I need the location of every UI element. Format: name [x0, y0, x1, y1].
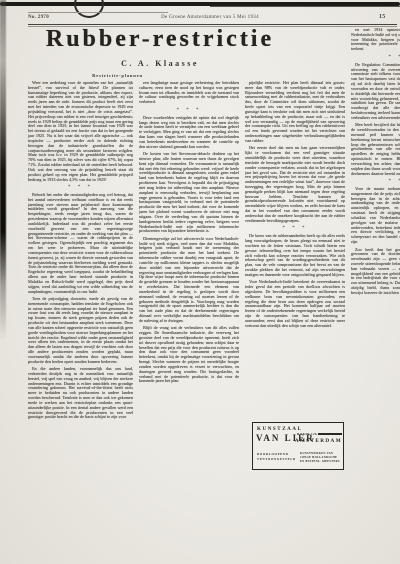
advert-address: ROKIN 126: [297, 432, 317, 436]
paragraph: De Regulation Committee is het lichaam d…: [351, 63, 400, 121]
page-number: 15: [379, 14, 386, 20]
section-separator: * * *: [351, 179, 400, 184]
paragraph: Behoeft het onder die omstandigheden nog…: [28, 193, 133, 294]
paragraph: Deze voorbeelden vestigden de opinie dat…: [139, 116, 239, 150]
advert-name-line1: KUNSTZAAL: [257, 427, 303, 432]
paragraph: Voor de naaste toekomst mag intusschen w…: [351, 187, 400, 245]
paragraph: Het eerste doel dat men nu kan gaan verw…: [245, 146, 345, 223]
advert-right-note: KUNSTWERKEN VAN JONGE HOLLANDSCHE EN BUI…: [300, 452, 342, 464]
paragraph: Men heeft becijferd dat bij een matig ui…: [351, 123, 400, 176]
paragraph: De kosten van het Stevenson-debacle druk…: [139, 152, 239, 234]
paragraph: een langdurige maar gestage verbetering …: [139, 81, 239, 105]
paragraph: Blijft de vraag wat de verbruikers van d…: [139, 326, 239, 384]
advert-kunstzaal-van-lier: KUNSTZAAL VAN LIER ROKIN 126 AMSTERDAM D…: [252, 422, 344, 470]
text-column-2: een langdurige maar gestage verbetering …: [139, 81, 239, 472]
newspaper-page: No. 2970 De Groene Amsterdammer van 5 Me…: [0, 0, 400, 564]
paragraph: pijnlijke restrictie. Het plan heeft dit…: [245, 81, 345, 144]
section-separator: * * *: [245, 226, 345, 231]
article-subheading: Restrictie-plannen: [55, 73, 180, 78]
advert-address-rule: [318, 433, 342, 435]
scan-binding-edge: [0, 0, 6, 340]
text-column-4-clipped: en met 1934 opnieuw telt: het quotum voo…: [351, 28, 400, 420]
advert-address-row: ROKIN 126: [297, 432, 342, 436]
paragraph: Dientengevolge zal het uitvoerrecht voor…: [139, 237, 239, 324]
header-rule: [28, 24, 397, 25]
article-title: Rubber-restrictie: [28, 26, 292, 53]
section-separator: * * *: [28, 185, 133, 190]
paragraph: Toen de prijsstijging doorzette, mede al…: [28, 297, 133, 365]
paragraph: en met 1934 opnieuw telt: het quotum voo…: [351, 28, 400, 52]
section-separator: * * *: [139, 108, 239, 113]
advert-left-note: DOORLOOPEND TENTOONGESTELD: [257, 452, 293, 461]
article-author: C. A. Klaasse: [28, 59, 292, 68]
text-column-3: pijnlijke restrictie. Het plan heeft dit…: [245, 81, 345, 418]
scan-top-streak-thin: [210, 6, 400, 7]
text-column-1: Weer een nederlaag voor de apostelen van…: [28, 81, 133, 478]
paragraph: De koers van de rubberaandeelen heeft op…: [245, 234, 345, 277]
publication-name: De Groene Amsterdammer van 5 Mei 1934: [90, 15, 330, 20]
section-separator: * * *: [351, 55, 400, 60]
header-top-rule: [28, 12, 168, 13]
advert-city: AMSTERDAM: [293, 438, 342, 444]
paragraph: Weer een nederlaag voor de apostelen van…: [28, 81, 133, 182]
issue-number: No. 2970: [28, 15, 49, 20]
paragraph: En die andere landen, voornamelijk dus o…: [28, 367, 133, 420]
paragraph: Voor Nederlandsch-Indië beteekent de ove…: [245, 280, 345, 328]
paragraph: Zoo heeft dan het gezond verstand het te…: [351, 248, 400, 296]
